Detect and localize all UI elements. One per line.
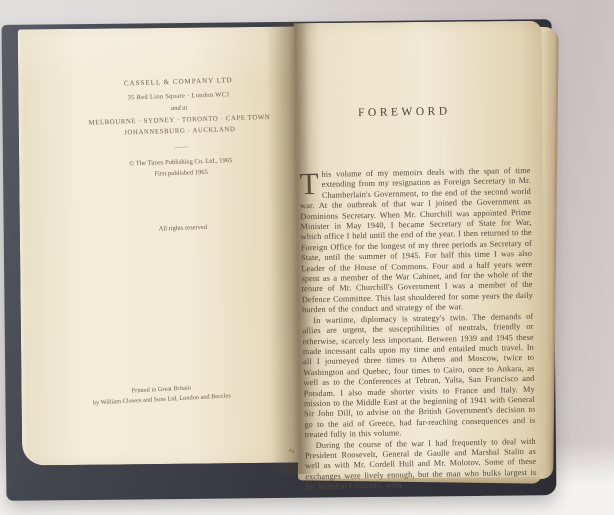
- printer-block: Printed in Great Britain by William Clow…: [41, 380, 282, 410]
- publisher-and-at: and at: [72, 101, 286, 115]
- dropcap-letter: T: [299, 170, 322, 196]
- rights-line: All rights reserved: [76, 221, 290, 235]
- copyright-page-block: CASSELL & COMPANY LTD 35 Red Lion Square…: [70, 24, 290, 235]
- foreword-paragraph-1-text: his volume of my memoirs deals with the …: [300, 166, 533, 315]
- first-published-line: First published 1965: [74, 166, 288, 180]
- page-title: FOREWORD: [295, 104, 513, 120]
- foreword-text: This volume of my memoirs deals with the…: [299, 166, 536, 493]
- foreword-paragraph-1: This volume of my memoirs deals with the…: [299, 166, 533, 316]
- publisher-cities-line2: JOHANNESBURG · AUCKLAND: [73, 124, 287, 138]
- divider-rule: ——: [73, 139, 287, 154]
- book-photo: CASSELL & COMPANY LTD 35 Red Lion Square…: [0, 0, 614, 515]
- publisher-address: 35 Red Lion Square · London WC1: [72, 89, 286, 103]
- publisher-name: CASSELL & COMPANY LTD: [71, 74, 285, 89]
- right-page: FOREWORD This volume of my memoirs deals…: [294, 21, 547, 480]
- foreword-paragraph-2: In wartime, diplomacy is strategy's twin…: [302, 312, 535, 441]
- foreword-paragraph-3: During the course of the war I had frequ…: [305, 436, 537, 492]
- left-page: CASSELL & COMPANY LTD 35 Red Lion Square…: [18, 27, 301, 466]
